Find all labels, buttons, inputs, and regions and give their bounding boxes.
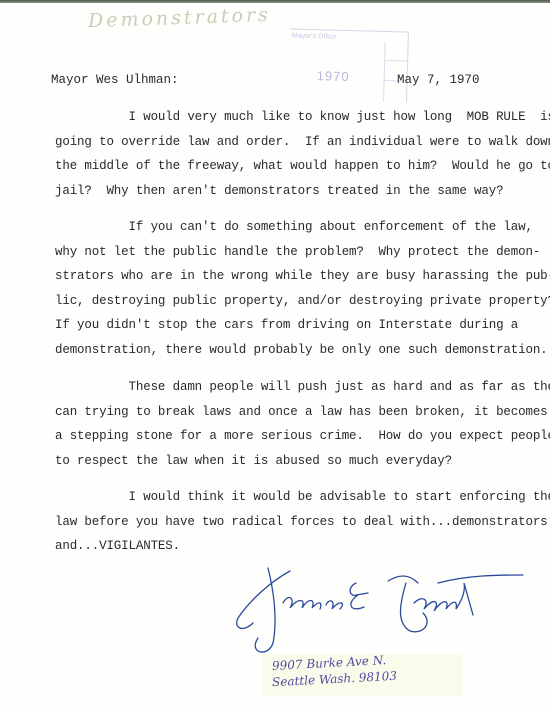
stamp-date: 1970 — [317, 68, 350, 84]
paragraph: I would very much like to know just how … — [55, 105, 495, 203]
text-line: law before you have two radical forces t… — [55, 510, 495, 535]
handwritten-category-label: Demonstrators — [88, 4, 272, 32]
signature — [228, 563, 528, 653]
text-line: strators who are in the wrong while they… — [55, 264, 495, 289]
text-line: demonstration, there would probably be o… — [55, 338, 495, 363]
text-line: going to override law and order. If an i… — [55, 130, 495, 155]
stamp-office: Mayor's Office — [292, 33, 337, 41]
paragraph: These damn people will push just as hard… — [55, 375, 495, 473]
handwritten-address: 9907 Burke Ave N. Seattle Wash. 98103 — [262, 654, 462, 696]
paragraph: I would think it would be advisable to s… — [55, 485, 495, 559]
text-line: to respect the law when it is abused so … — [55, 449, 495, 474]
text-line: I would very much like to know just how … — [55, 105, 495, 130]
text-line: jail? Why then aren't demonstrators trea… — [55, 179, 495, 204]
text-line: can trying to break laws and once a law … — [55, 400, 495, 425]
text-line: and...VIGILANTES. — [55, 534, 495, 559]
text-line: a stepping stone for a more serious crim… — [55, 424, 495, 449]
text-line: If you can't do something about enforcem… — [55, 215, 495, 240]
text-line: why not let the public handle the proble… — [55, 240, 495, 265]
text-line: lic, destroying public property, and/or … — [55, 289, 495, 314]
text-line: I would think it would be advisable to s… — [55, 485, 495, 510]
letter-page: Demonstrators Mayor's Office 1970 Mayor … — [0, 3, 550, 712]
salutation: Mayor Wes Ulhman: — [51, 73, 179, 87]
text-line: If you didn't stop the cars from driving… — [55, 313, 495, 338]
letter-date: May 7, 1970 — [397, 73, 480, 87]
text-line: These damn people will push just as hard… — [55, 375, 495, 400]
paragraph: If you can't do something about enforcem… — [55, 215, 495, 363]
received-stamp: Mayor's Office 1970 — [288, 28, 409, 102]
text-line: the middle of the freeway, what would ha… — [55, 154, 495, 179]
